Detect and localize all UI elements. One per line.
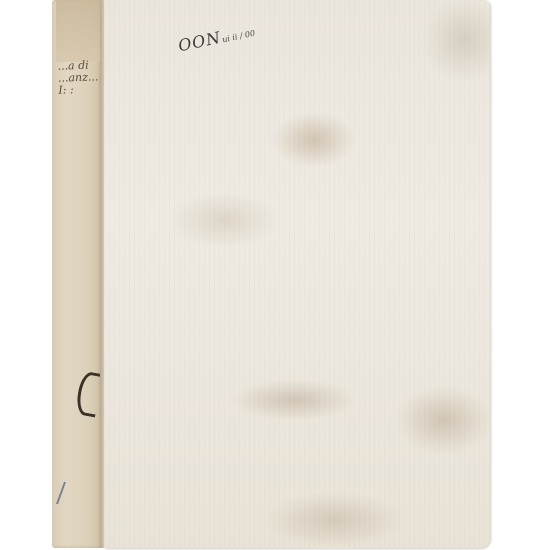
- spine-label-mark: [56, 482, 78, 504]
- book: ...a di ...anz... I: : OON ui ii / 00: [52, 0, 492, 550]
- spine-title: ...a di ...anz... I: :: [57, 59, 100, 96]
- spine-title-line: I: :: [58, 83, 100, 96]
- front-cover: OON ui ii / 00: [104, 0, 490, 548]
- cover-inscription-sub: ui ii / 00: [221, 29, 255, 45]
- cover-inscription: OON: [176, 28, 222, 56]
- spine-top-wear: [56, 0, 100, 62]
- book-spine: ...a di ...anz... I: :: [52, 0, 102, 548]
- leather-tie: [74, 371, 102, 418]
